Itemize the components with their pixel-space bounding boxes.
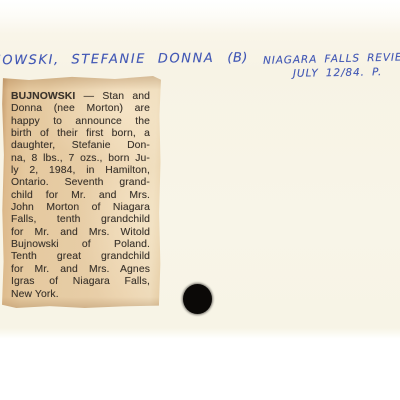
clipping-text-column: BUJNOWSKI — Stan and Donna (nee Morton) … — [11, 91, 150, 301]
clipping-surname: BUJNOWSKI — [11, 91, 75, 102]
clipping-line: Igras of Niagara Falls, — [11, 276, 150, 288]
clipping-line: New York. — [11, 289, 150, 301]
annotation-source-date: JULY 12/84. P. — [293, 66, 382, 80]
clipping-line: BUJNOWSKI — Stan and — [11, 91, 150, 103]
clipping-line: for Mr. and Mrs. Agnes — [11, 264, 150, 276]
clipping-line: ly 2, 1984, in Hamilton, — [11, 165, 150, 177]
clipping-line: Ontario. Seventh grand- — [11, 177, 150, 189]
clipping-line: child for Mr. and Mrs. — [11, 190, 150, 202]
scanned-archive-page: NOWSKI, STEFANIE DONNA(B) NIAGARA FALLS … — [0, 0, 400, 400]
clipping-line: John Morton of Niagara — [11, 202, 150, 214]
newspaper-clipping: BUJNOWSKI — Stan and Donna (nee Morton) … — [2, 76, 161, 308]
annotation-name-text: NOWSKI, STEFANIE DONNA — [0, 51, 214, 68]
clipping-line: happy to announce the — [11, 116, 150, 128]
clipping-line-rest: — Stan and — [84, 91, 150, 102]
clipping-line: birth of their first born, a — [11, 128, 150, 140]
clipping-line: Tenth great grandchild — [11, 251, 150, 263]
clipping-line: Bujnowski of Poland. — [11, 239, 150, 251]
annotation-birth-mark: (B) — [227, 51, 248, 66]
clipping-line: Falls, tenth grandchild — [11, 214, 150, 226]
clipping-line: Donna (nee Morton) are — [11, 103, 150, 115]
clipping-line: daughter, Stefanie Don- — [11, 140, 150, 152]
clipping-line: for Mr. and Mrs. Witold — [11, 227, 150, 239]
hole-punch-dot — [183, 284, 212, 314]
clipping-line: na, 8 lbs., 7 ozs., born Ju- — [11, 153, 150, 165]
catalog-annotation-name: NOWSKI, STEFANIE DONNA(B) — [0, 51, 248, 69]
